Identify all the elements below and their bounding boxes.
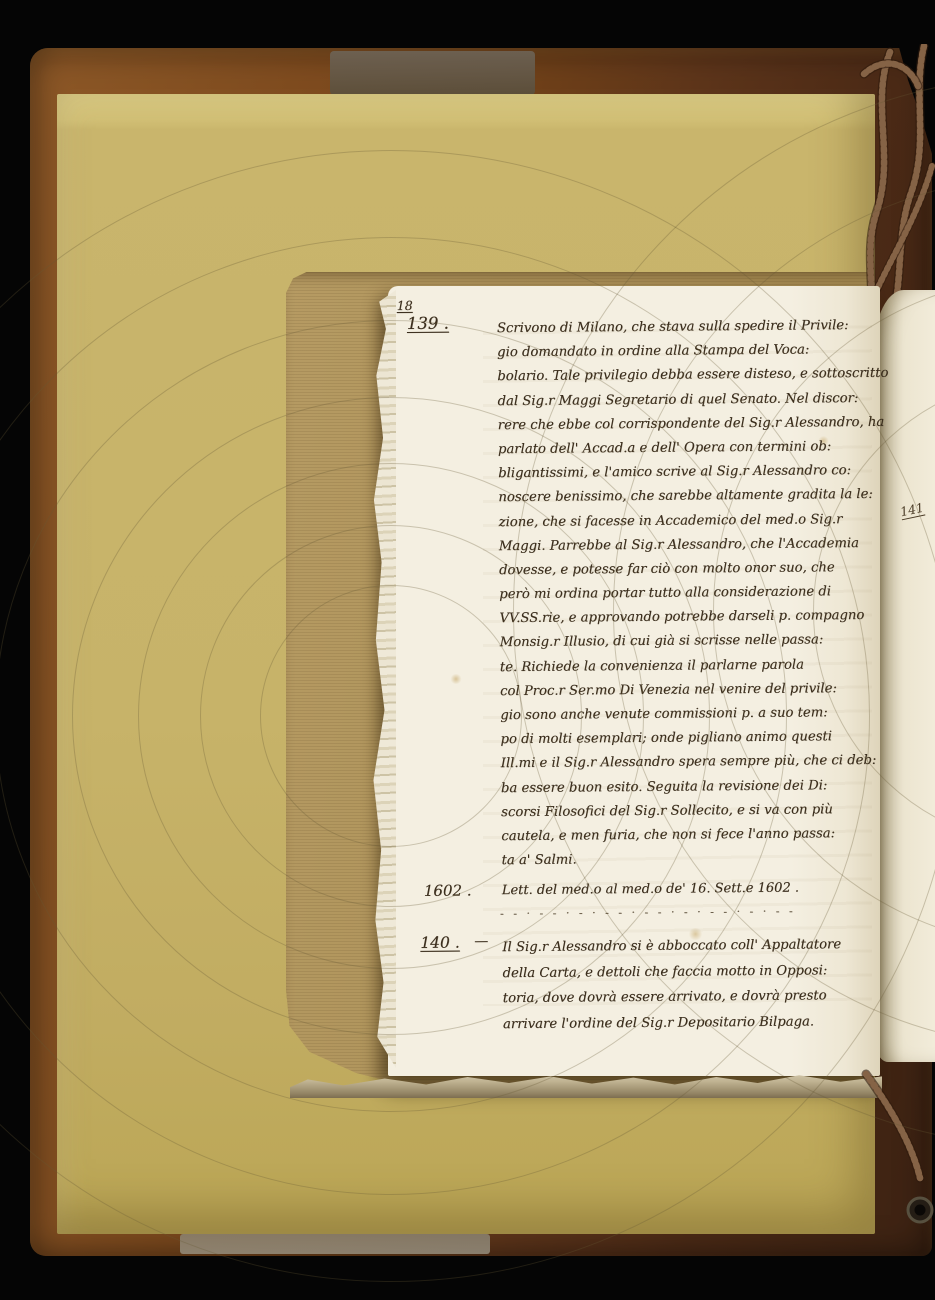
handwritten-line: gio sono anche venute commissioni p. a s… [500,701,891,729]
handwritten-line: dal Sig.r Maggi Segretario di quel Senat… [497,386,888,414]
handwritten-line: zione, che si facesse in Accademico del … [499,507,890,535]
handwritten-line: dovesse, e potesse far ciò con molto ono… [499,556,890,584]
dotted-divider: - - · - - · - · - - · - - · - · - - · - … [500,905,796,921]
leather-worn-patch-top [330,51,535,95]
handwritten-line: parlato dell' Accad.a e dell' Opera con … [498,435,889,463]
handwritten-line: ba essere buon esito. Seguita la revisio… [501,773,892,801]
entry-139-lines: Scrivono di Milano, che stava sulla sped… [497,314,893,874]
letter-reference-line: Lett. del med.o al med.o de' 16. Sett.e … [502,881,799,899]
handwritten-line: Scrivono di Milano, che stava sulla sped… [497,314,888,342]
handwritten-line: noscere benissimo, che sarebbe altamente… [498,483,889,511]
handwritten-line: gio domandato in ordine alla Stampa del … [497,338,888,366]
handwritten-line: cautela, e men furia, che non si fece l'… [501,822,892,850]
handwritten-line: bolario. Tale privilegio debba essere di… [497,362,888,390]
braided-cord-bottom [852,1052,935,1257]
handwritten-text-block: 18 139 . Scrivono di Milano, che stava s… [385,284,884,1078]
folio-number: 18 [397,298,413,313]
entry-number-140: 140 . [420,934,460,952]
handwritten-line: scorsi Filosofici del Sig.r Sollecito, e… [501,798,892,826]
handwritten-line: rere che ebbe col corrispondente del Sig… [498,411,889,439]
handwritten-line: po di molti esemplari; onde pigliano ani… [500,725,891,753]
metal-grommet-icon [915,1205,926,1216]
photographed-manuscript-book: 141 18 139 . Scrivono di Milano, che sta… [0,0,935,1300]
entry-number-139: 139 . [407,314,449,333]
entry-140-dash: — [474,933,488,949]
handwritten-line: della Carta, e dettoli che faccia motto … [502,958,841,987]
handwritten-line: Ill.mi e il Sig.r Alessandro spera sempr… [501,749,892,777]
handwritten-line: ta a' Salmi. [501,846,892,874]
handwritten-line: Maggi. Parrebbe al Sig.r Alessandro, che… [499,531,890,559]
handwritten-line: toria, dove dovrà essere arrivato, e dov… [503,983,842,1012]
margin-year: 1602 . [424,881,472,899]
handwritten-line: te. Richiede la convenienza il parlarne … [500,652,891,680]
entry-140-lines: Il Sig.r Alessandro si è abboccato coll'… [502,932,842,1037]
handwritten-line: però mi ordina portar tutto alla conside… [499,580,890,608]
handwritten-line: Il Sig.r Alessandro si è abboccato coll'… [502,932,841,961]
facing-page-entry-number: 141 [899,500,925,520]
handwritten-line: arrivare l'ordine del Sig.r Depositario … [503,1009,842,1038]
handwritten-line: bligantissimi, e l'amico scrive al Sig.r… [498,459,889,487]
handwritten-line: VV.SS.rie, e approvando potrebbe darseli… [499,604,890,632]
manuscript-page: 18 139 . Scrivono di Milano, che stava s… [388,286,880,1076]
handwritten-line: col Proc.r Ser.mo Di Venezia nel venire … [500,677,891,705]
handwritten-line: Monsig.r Illusio, di cui già si scrisse … [500,628,891,656]
leather-worn-patch-bottom [180,1234,490,1254]
